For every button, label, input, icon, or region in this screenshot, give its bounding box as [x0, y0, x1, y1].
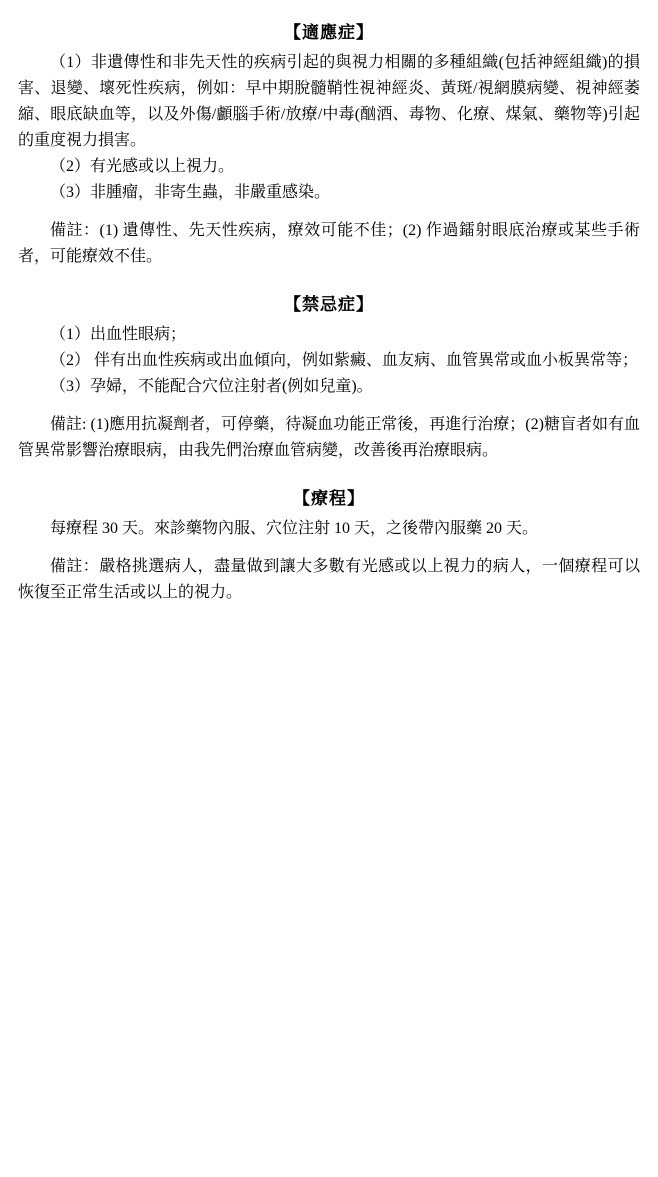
treatment-course-text: 每療程 30 天。來診藥物內服、穴位注射 10 天，之後帶內服藥 20 天。	[18, 516, 640, 542]
indications-item-1: （1）非遺傳性和非先天性的疾病引起的與視力相關的多種組織(包括神經組織)的損害、…	[18, 50, 640, 154]
section-indications: 【適應症】 （1）非遺傳性和非先天性的疾病引起的與視力相關的多種組織(包括神經組…	[18, 20, 640, 270]
section-contraindications-title: 【禁忌症】	[18, 292, 640, 318]
indications-item-2: （2）有光感或以上視力。	[18, 154, 640, 180]
document-page: 【適應症】 （1）非遺傳性和非先天性的疾病引起的與視力相關的多種組織(包括神經組…	[0, 0, 658, 1177]
contraindications-item-2: （2） 伴有出血性疾病或出血傾向，例如紫癜、血友病、血管異常或血小板異常等；	[18, 348, 640, 374]
indications-note: 備註：(1) 遺傳性、先天性疾病，療效可能不佳；(2) 作過鐳射眼底治療或某些手…	[18, 218, 640, 270]
section-indications-title: 【適應症】	[18, 20, 640, 46]
treatment-course-note: 備註：嚴格挑選病人，盡量做到讓大多數有光感或以上視力的病人，一個療程可以恢復至正…	[18, 554, 640, 606]
contraindications-item-1: （1）出血性眼病；	[18, 322, 640, 348]
contraindications-note: 備註: (1)應用抗凝劑者，可停藥，待凝血功能正常後，再進行治療；(2)糖盲者如…	[18, 412, 640, 464]
indications-item-3: （3）非腫瘤，非寄生蟲，非嚴重感染。	[18, 180, 640, 206]
section-contraindications: 【禁忌症】 （1）出血性眼病； （2） 伴有出血性疾病或出血傾向，例如紫癜、血友…	[18, 292, 640, 464]
section-treatment-course: 【療程】 每療程 30 天。來診藥物內服、穴位注射 10 天，之後帶內服藥 20…	[18, 486, 640, 606]
contraindications-item-3: （3）孕婦，不能配合穴位注射者(例如兒童)。	[18, 374, 640, 400]
section-treatment-course-title: 【療程】	[18, 486, 640, 512]
